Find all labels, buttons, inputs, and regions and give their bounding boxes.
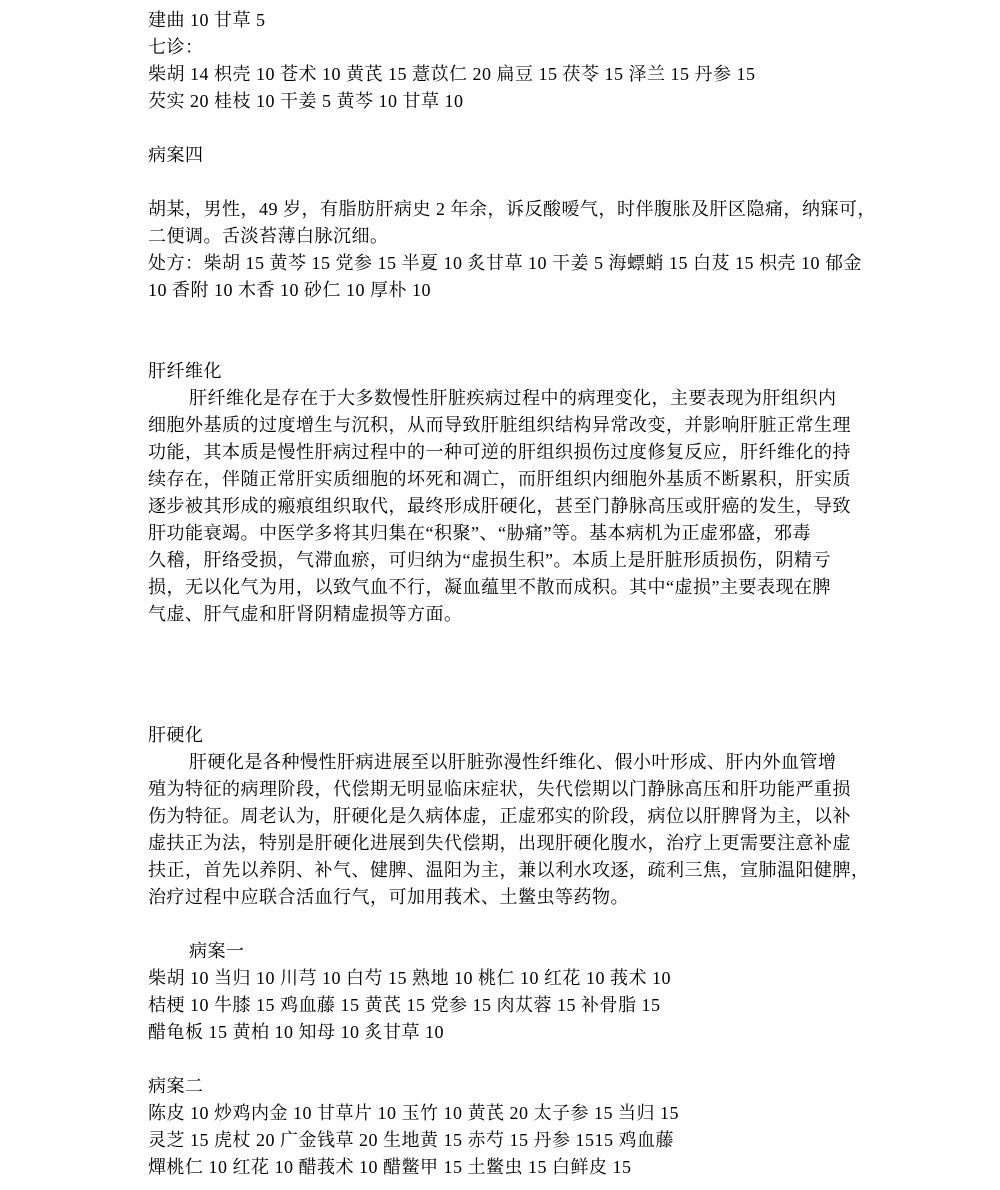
body-text-line: 肝功能衰竭。中医学多将其归集在“积聚”、“胁痛”等。基本病机为正虚邪盛，邪毒 bbox=[148, 520, 860, 547]
section-gap bbox=[148, 628, 860, 722]
blank-line bbox=[148, 331, 860, 358]
body-text-line: 功能，其本质是慢性肝病过程中的一种可逆的肝组织损伤过度修复反应，肝纤维化的持 bbox=[148, 439, 860, 466]
prescription-line: 桔梗 10 牛膝 15 鸡血藤 15 黄芪 15 党参 15 肉苁蓉 15 补骨… bbox=[148, 992, 860, 1019]
blank-line bbox=[148, 911, 860, 938]
body-text-line: 肝纤维化是存在于大多数慢性肝脏疾病过程中的病理变化，主要表现为肝组织内 bbox=[148, 385, 860, 412]
section-title-liver-cirrhosis: 肝硬化 bbox=[148, 722, 860, 749]
prescription-line: 柴胡 10 当归 10 川芎 10 白芍 15 熟地 10 桃仁 10 红花 1… bbox=[148, 965, 860, 992]
body-text-line: 久稽，肝络受损，气滞血瘀，可归纳为“虚损生积”。本质上是肝脏形质损伤，阴精亏 bbox=[148, 547, 860, 574]
patient-description-line: 二便调。舌淡苔薄白脉沉细。 bbox=[148, 223, 860, 250]
body-text-line: 细胞外基质的过度增生与沉积，从而导致肝脏组织结构异常改变，并影响肝脏正常生理 bbox=[148, 412, 860, 439]
body-text-line: 逐步被其形成的瘢痕组织取代，最终形成肝硬化，甚至门静脉高压或肝癌的发生，导致 bbox=[148, 493, 860, 520]
prescription-line: 柴胡 14 枳壳 10 苍术 10 黄芪 15 薏苡仁 20 扁豆 15 茯苓 … bbox=[148, 61, 860, 88]
body-text-line: 气虚、肝气虚和肝肾阴精虚损等方面。 bbox=[148, 601, 860, 628]
prescription-line: 灵芝 15 虎杖 20 广金钱草 20 生地黄 15 赤芍 15 丹参 1515… bbox=[148, 1127, 860, 1154]
body-text-line: 治疗过程中应联合活血行气，可加用莪术、土鳖虫等药物。 bbox=[148, 884, 860, 911]
consultation-label: 七诊： bbox=[148, 34, 860, 61]
prescription-line: 芡实 20 桂枝 10 干姜 5 黄芩 10 甘草 10 bbox=[148, 88, 860, 115]
body-text-line: 扶正，首先以养阴、补气、健脾、温阳为主，兼以利水攻逐，疏利三焦，宣肺温阳健脾， bbox=[148, 857, 860, 884]
body-text-line: 殖为特征的病理阶段，代偿期无明显临床症状，失代偿期以门静脉高压和肝功能严重损 bbox=[148, 776, 860, 803]
prescription-line: 处方：柴胡 15 黄芩 15 党参 15 半夏 10 炙甘草 10 干姜 5 海… bbox=[148, 250, 860, 277]
section-title-case-one: 病案一 bbox=[148, 938, 860, 965]
section-title-liver-fibrosis: 肝纤维化 bbox=[148, 358, 860, 385]
prescription-line: 陈皮 10 炒鸡内金 10 甘草片 10 玉竹 10 黄芪 20 太子参 15 … bbox=[148, 1100, 860, 1127]
prescription-line: 燀桃仁 10 红花 10 醋莪术 10 醋鳖甲 15 土鳖虫 15 白鲜皮 15 bbox=[148, 1154, 860, 1181]
section-title-case-two: 病案二 bbox=[148, 1073, 860, 1100]
prescription-line: 建曲 10 甘草 5 bbox=[148, 7, 860, 34]
body-text-line: 损，无以化气为用，以致气血不行，凝血蕴里不散而成积。其中“虚损”主要表现在脾 bbox=[148, 574, 860, 601]
section-title-case-four: 病案四 bbox=[148, 142, 860, 169]
blank-line bbox=[148, 1046, 860, 1073]
body-text-line: 虚扶正为法，特别是肝硬化进展到失代偿期，出现肝硬化腹水，治疗上更需要注意补虚 bbox=[148, 830, 860, 857]
blank-line bbox=[148, 169, 860, 196]
document-page: 建曲 10 甘草 5 七诊： 柴胡 14 枳壳 10 苍术 10 黄芪 15 薏… bbox=[148, 7, 860, 1181]
body-text-line: 续存在，伴随正常肝实质细胞的坏死和凋亡，而肝组织内细胞外基质不断累积，肝实质 bbox=[148, 466, 860, 493]
prescription-line: 醋龟板 15 黄柏 10 知母 10 炙甘草 10 bbox=[148, 1019, 860, 1046]
body-text-line: 肝硬化是各种慢性肝病进展至以肝脏弥漫性纤维化、假小叶形成、肝内外血管增 bbox=[148, 749, 860, 776]
blank-line bbox=[148, 115, 860, 142]
blank-line bbox=[148, 304, 860, 331]
patient-description-line: 胡某，男性，49 岁，有脂肪肝病史 2 年余，诉反酸嗳气，时伴腹胀及肝区隐痛，纳… bbox=[148, 196, 860, 223]
body-text-line: 伤为特征。周老认为，肝硬化是久病体虚，正虚邪实的阶段，病位以肝脾肾为主，以补 bbox=[148, 803, 860, 830]
prescription-line: 10 香附 10 木香 10 砂仁 10 厚朴 10 bbox=[148, 277, 860, 304]
